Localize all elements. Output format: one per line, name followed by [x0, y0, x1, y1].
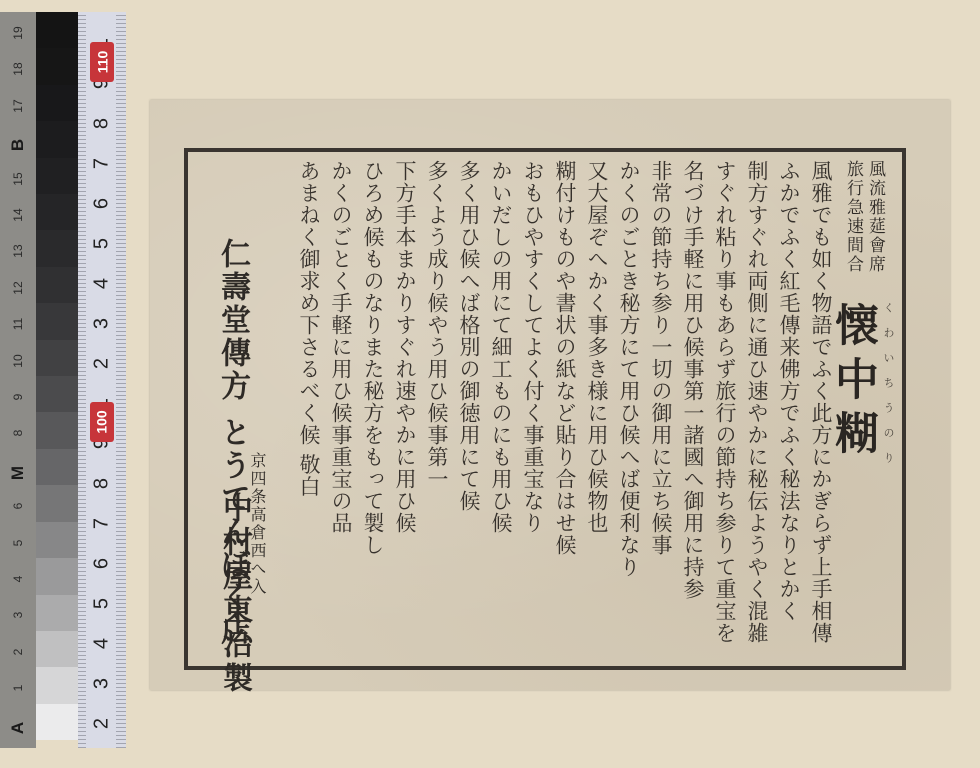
ruler-number: 3 [91, 670, 114, 698]
grey-step [36, 485, 78, 521]
grey-step [36, 522, 78, 558]
scale-label: 1 [11, 670, 25, 706]
ruler-number: 4 [91, 630, 114, 658]
printed-border-frame: 風流雅莚會席 旅行急速間合 懐中糊 くわいちうのり 風雅でも如く物語でふく此方に… [184, 148, 906, 670]
body-text-column: かいだしの用にて細工ものにも用ひ候 [486, 160, 516, 534]
scale-label: 11 [11, 306, 25, 342]
ruler-number: 7 [91, 150, 114, 178]
ruler-number: 6 [91, 550, 114, 578]
grey-step [36, 412, 78, 448]
body-text-column: 又大屋ぞへかく事多き様に用ひ候物也 [582, 160, 612, 534]
body-text-column: おもひやすくしてよく付く事重宝なり [518, 160, 548, 534]
scale-label: 13 [11, 233, 25, 269]
ruler-badge: 100 [90, 402, 114, 442]
ruler-number: 3 [91, 310, 114, 338]
body-text-column: 制方すぐれ両側に通ひ速やかに秘伝ようやく混雑 [742, 160, 772, 644]
ruler-number: 8 [91, 470, 114, 498]
grey-step [36, 667, 78, 703]
scale-label: M [8, 455, 28, 491]
title-furigana: くわいちうのり [880, 302, 896, 477]
grey-step [36, 704, 78, 740]
ruler-number: 6 [91, 190, 114, 218]
grey-step [36, 194, 78, 230]
grey-step [36, 340, 78, 376]
scale-label: 6 [11, 488, 25, 524]
ruler-number: 4 [91, 270, 114, 298]
scale-label: A [8, 710, 28, 746]
grey-step [36, 230, 78, 266]
header-line-1: 風流雅莚會席 [863, 160, 888, 274]
body-text-column: かくのごとく手軽に用ひ候事重宝の品 [326, 160, 356, 534]
document-sheet: 風流雅莚會席 旅行急速間合 懐中糊 くわいちうのり 風雅でも如く物語でふく此方に… [150, 100, 950, 690]
grey-step [36, 449, 78, 485]
body-text-column: 多くよう成り候やう用ひ候事第一 [422, 160, 452, 490]
measurement-ruler: 198765432198765432110100 [78, 12, 126, 748]
body-text-column: かくのごとき秘方にて用ひ候へば便利なり [614, 160, 644, 578]
scale-label: 9 [11, 379, 25, 415]
color-scale: 191817B15141312111098M654321A [0, 12, 36, 748]
body-text-column: ふかでふく紅毛傳来佛方でふく秘法なりとかく [774, 160, 804, 622]
body-text-column: 非常の節持ち参り一切の御用に立ち候事 [646, 160, 676, 556]
grey-step [36, 121, 78, 157]
scale-label: 2 [11, 634, 25, 670]
body-text-column: すぐれ粘り事もあらず旅行の節持ち参りて重宝を [710, 160, 740, 644]
ruler-number: 5 [91, 590, 114, 618]
scale-label: 3 [11, 597, 25, 633]
scale-label: 4 [11, 561, 25, 597]
grey-step-strip [36, 12, 78, 740]
grey-step [36, 558, 78, 594]
ruler-number: 7 [91, 510, 114, 538]
grey-step [36, 85, 78, 121]
grey-step [36, 158, 78, 194]
scale-label: B [8, 127, 28, 163]
body-text-column: 糊付けものや書状の紙など貼り合はせ候 [550, 160, 580, 556]
scale-label: 14 [11, 197, 25, 233]
ruler-number: 2 [91, 710, 114, 738]
scale-label: 19 [11, 15, 25, 51]
scale-label: 8 [11, 415, 25, 451]
ruler-number: 8 [91, 110, 114, 138]
ruler-badge: 110 [90, 42, 114, 82]
body-text-column: 多く用ひ候へば格別の御徳用にて候 [454, 160, 484, 512]
scale-label: 10 [11, 343, 25, 379]
grey-step [36, 376, 78, 412]
body-text-column: 名づけ手軽に用ひ候事第一諸國へ御用に持参 [678, 160, 708, 600]
grey-step [36, 267, 78, 303]
ruler-number: 2 [91, 350, 114, 378]
body-text-column: 風雅でも如く物語でふく此方にかぎらず上手相傳 [806, 160, 836, 644]
grey-step [36, 12, 78, 48]
grey-step [36, 303, 78, 339]
body-text-column: 下方手本まかりすぐれ速やかに用ひ候 [390, 160, 420, 534]
scale-label: 17 [11, 88, 25, 124]
scale-label: 15 [11, 161, 25, 197]
maker-line: 中村屋東治製 [212, 492, 256, 696]
grey-step [36, 595, 78, 631]
body-text-column: あまねく御求め下さるべく候 敬白 [294, 160, 324, 498]
scale-label: 12 [11, 270, 25, 306]
scale-label: 18 [11, 51, 25, 87]
scale-label: 5 [11, 525, 25, 561]
grey-step [36, 48, 78, 84]
ruler-number: 5 [91, 230, 114, 258]
header-line-2: 旅行急速間合 [841, 160, 866, 274]
grey-step [36, 631, 78, 667]
body-text-column: ひろめ候ものなりまた秘方をもって製し [358, 160, 388, 556]
